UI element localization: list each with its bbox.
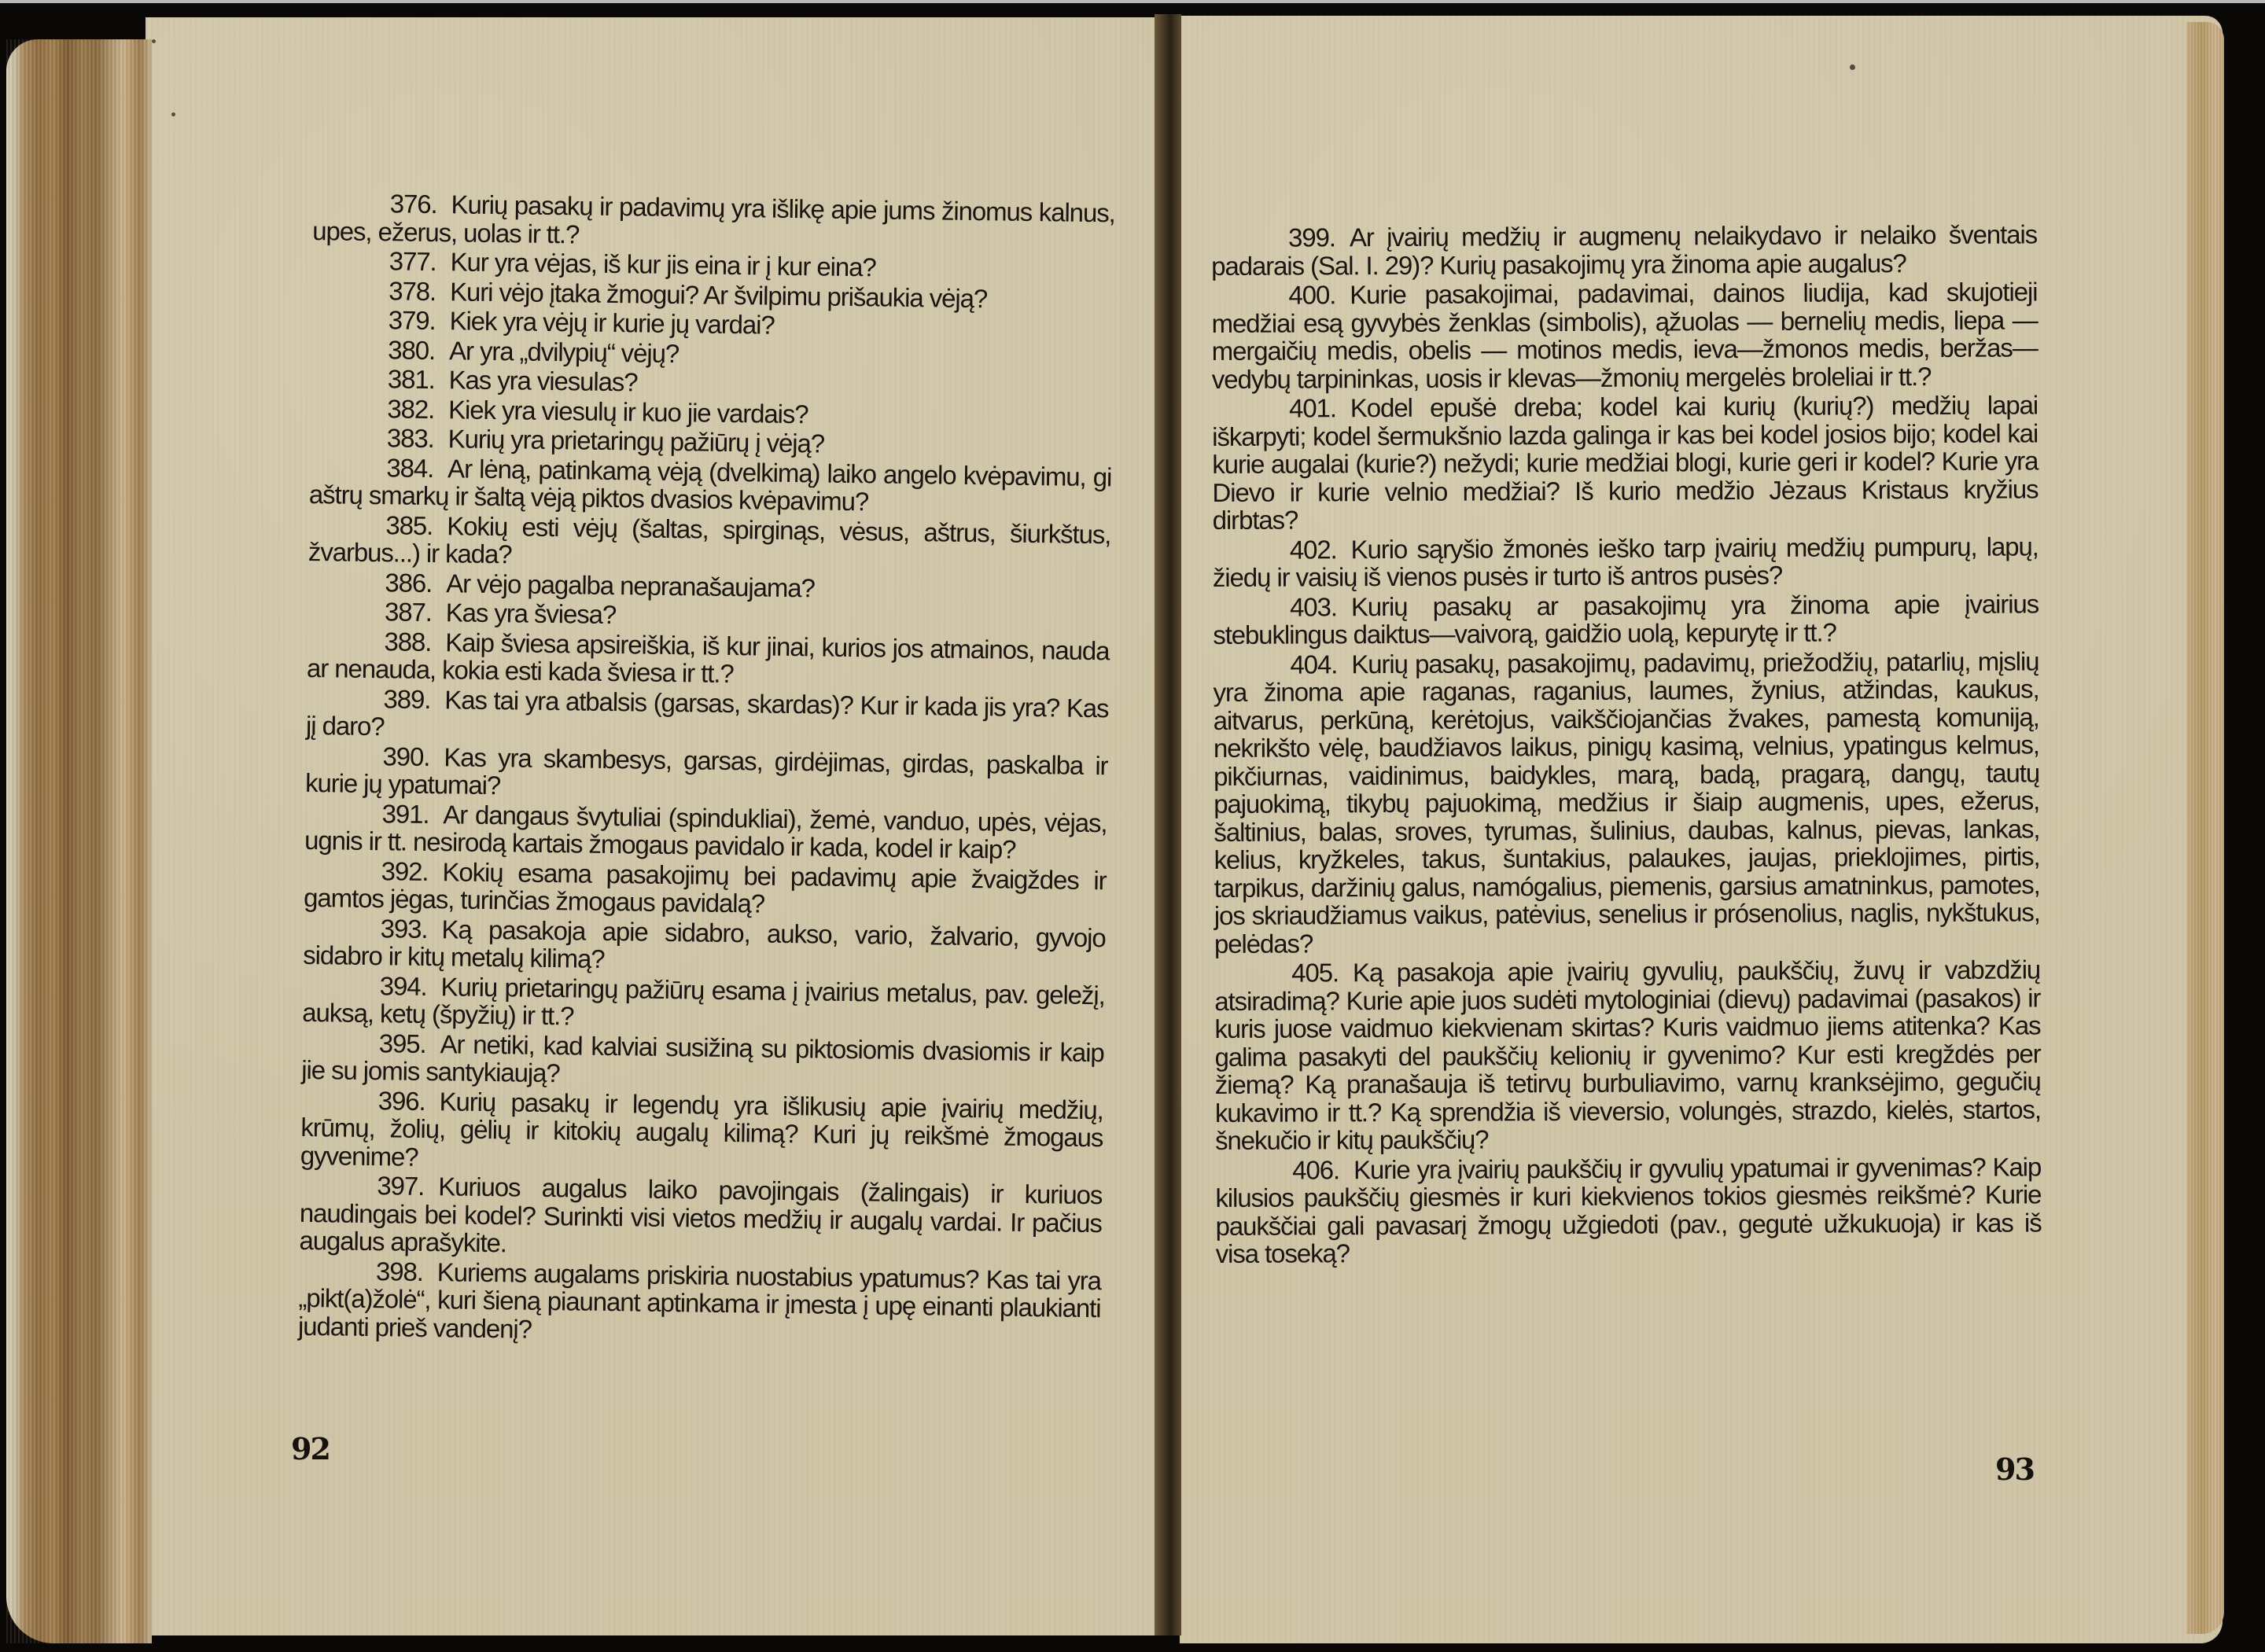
question-item: 388.Kaip šviesa apsireiškia, iš kur jina… (307, 626, 1110, 692)
question-item: 405.Ką pasakoja apie įvairių gyvulių, pa… (1214, 955, 2041, 1154)
scanner-top-edge (0, 0, 2265, 3)
question-item: 403.Kurių pasakų ar pasakojimų yra žinom… (1213, 590, 2038, 649)
question-item: 406.Kurie yra įvairių paukščių ir gyvuli… (1215, 1153, 2042, 1268)
question-item: 398.Kuriems augalams priskiria nuostabiu… (298, 1256, 1101, 1350)
right-page-body: 399.Ar įvairių medžių ir augmenų nelaiky… (1211, 220, 2042, 1269)
question-item: 401.Kodel epušė dreba; kodel kai kurių (… (1212, 391, 2038, 534)
page-number-right: 93 (1995, 1451, 2034, 1487)
left-page-body: 376.Kurių pasakų ir padavimų yra išlikę … (298, 189, 1115, 1352)
question-item: 391.Ar dangaus švytuliai (spindukliai), … (304, 798, 1107, 864)
question-item: 394.Kurių prietaringų pažiūrų esama į įv… (302, 970, 1105, 1036)
question-item: 390.Kas yra skambesys, garsas, girdėjima… (305, 741, 1108, 807)
question-item: 396.Kurių pasakų ir legendų yra išlikusi… (300, 1085, 1103, 1179)
question-item: 399.Ar įvairių medžių ir augmenų nelaiky… (1211, 220, 2037, 280)
question-item: 384.Ar lėną, patinkamą vėją (dvelkimą) l… (309, 452, 1112, 518)
page-number-left: 92 (291, 1431, 330, 1466)
question-item: 389.Kas tai yra atbalsis (garsas, skarda… (306, 683, 1109, 749)
left-page-stack-edge (6, 39, 152, 1643)
question-item: 397.Kuriuos augalus laiko pavojingais (ž… (299, 1171, 1102, 1265)
paper-speck (171, 112, 175, 116)
question-item: 402.Kurio sąryšio žmonės ieško tarp įvai… (1213, 532, 2038, 592)
question-item: 376.Kurių pasakų ir padavimų yra išlikę … (312, 189, 1115, 255)
paper-speck (1850, 64, 1855, 70)
book-gutter (1155, 14, 1181, 1635)
question-item: 385.Kokių esti vėjų (šaltas, spirginąs, … (308, 510, 1111, 576)
question-item: 392.Kokių esama pasakojimų bei padavimų … (304, 855, 1107, 922)
question-item: 400.Kurie pasakojimai, padavimai, dainos… (1211, 278, 2038, 393)
question-item: 404.Kurių pasakų, pasakojimų, padavimų, … (1213, 647, 2040, 958)
question-item: 395.Ar netiki, kad kalviai susižiną su p… (301, 1028, 1104, 1094)
right-page-stack-edge (2186, 22, 2224, 1634)
paper-speck (152, 39, 156, 43)
question-item: 393.Ką pasakoja apie sidabro, aukso, var… (303, 913, 1106, 979)
